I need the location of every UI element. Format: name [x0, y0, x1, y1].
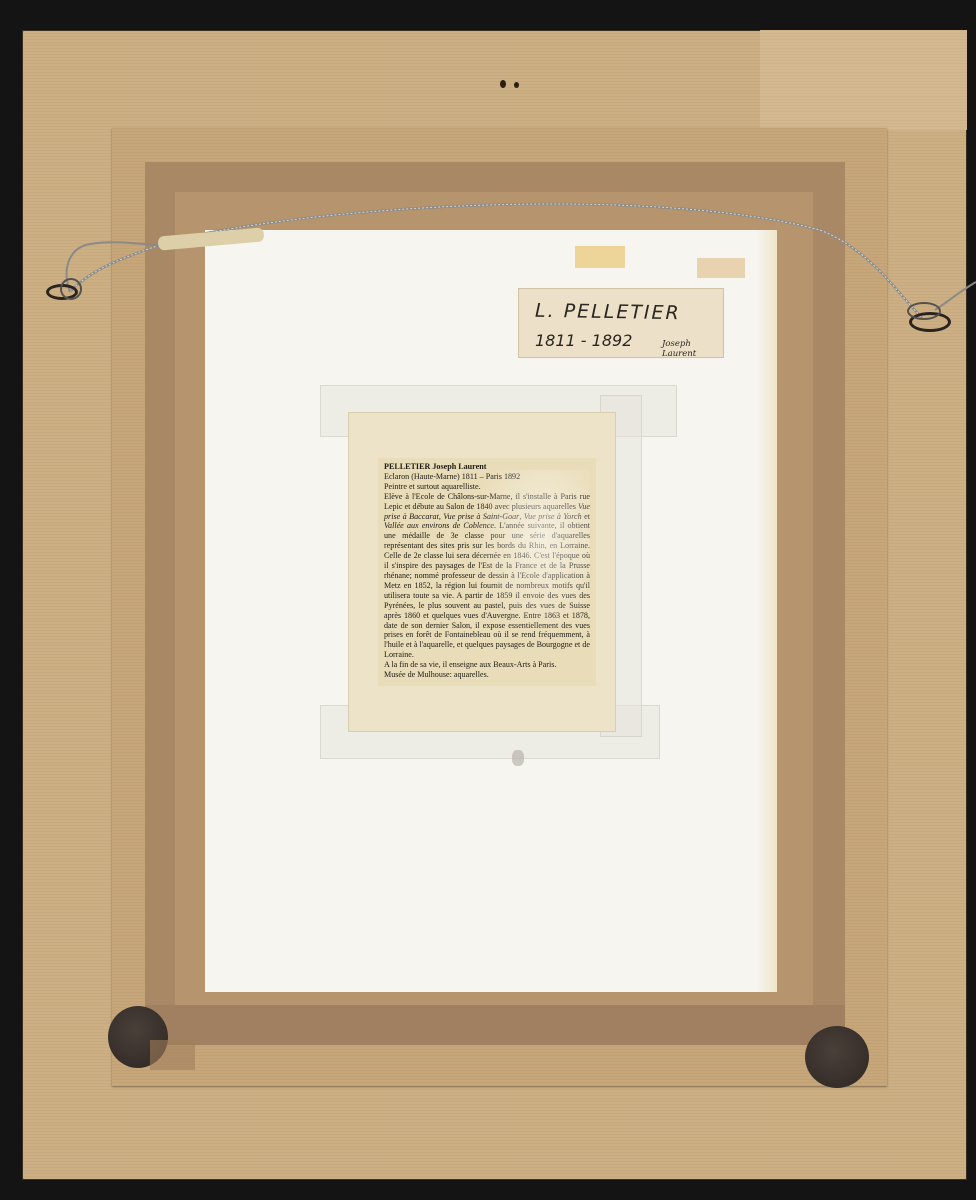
- hanging-wire-icon: [0, 0, 976, 400]
- plastic-sleeve-glare: [470, 470, 590, 640]
- tape-stain: [150, 1040, 195, 1070]
- wire-loop-icon: [60, 278, 82, 300]
- small-stain: [512, 750, 524, 766]
- bio-text: Musée de Mulhouse: aquarelles.: [384, 670, 590, 680]
- right-d-ring-hook-icon: [905, 302, 953, 332]
- gummed-tape-bottom-band: [145, 1005, 845, 1045]
- felt-bumper-bottom-right: [805, 1026, 869, 1088]
- wire-loop-icon: [907, 302, 941, 320]
- bio-text: A la fin de sa vie, il enseigne aux Beau…: [384, 660, 590, 670]
- left-d-ring-hook-icon: [46, 278, 82, 302]
